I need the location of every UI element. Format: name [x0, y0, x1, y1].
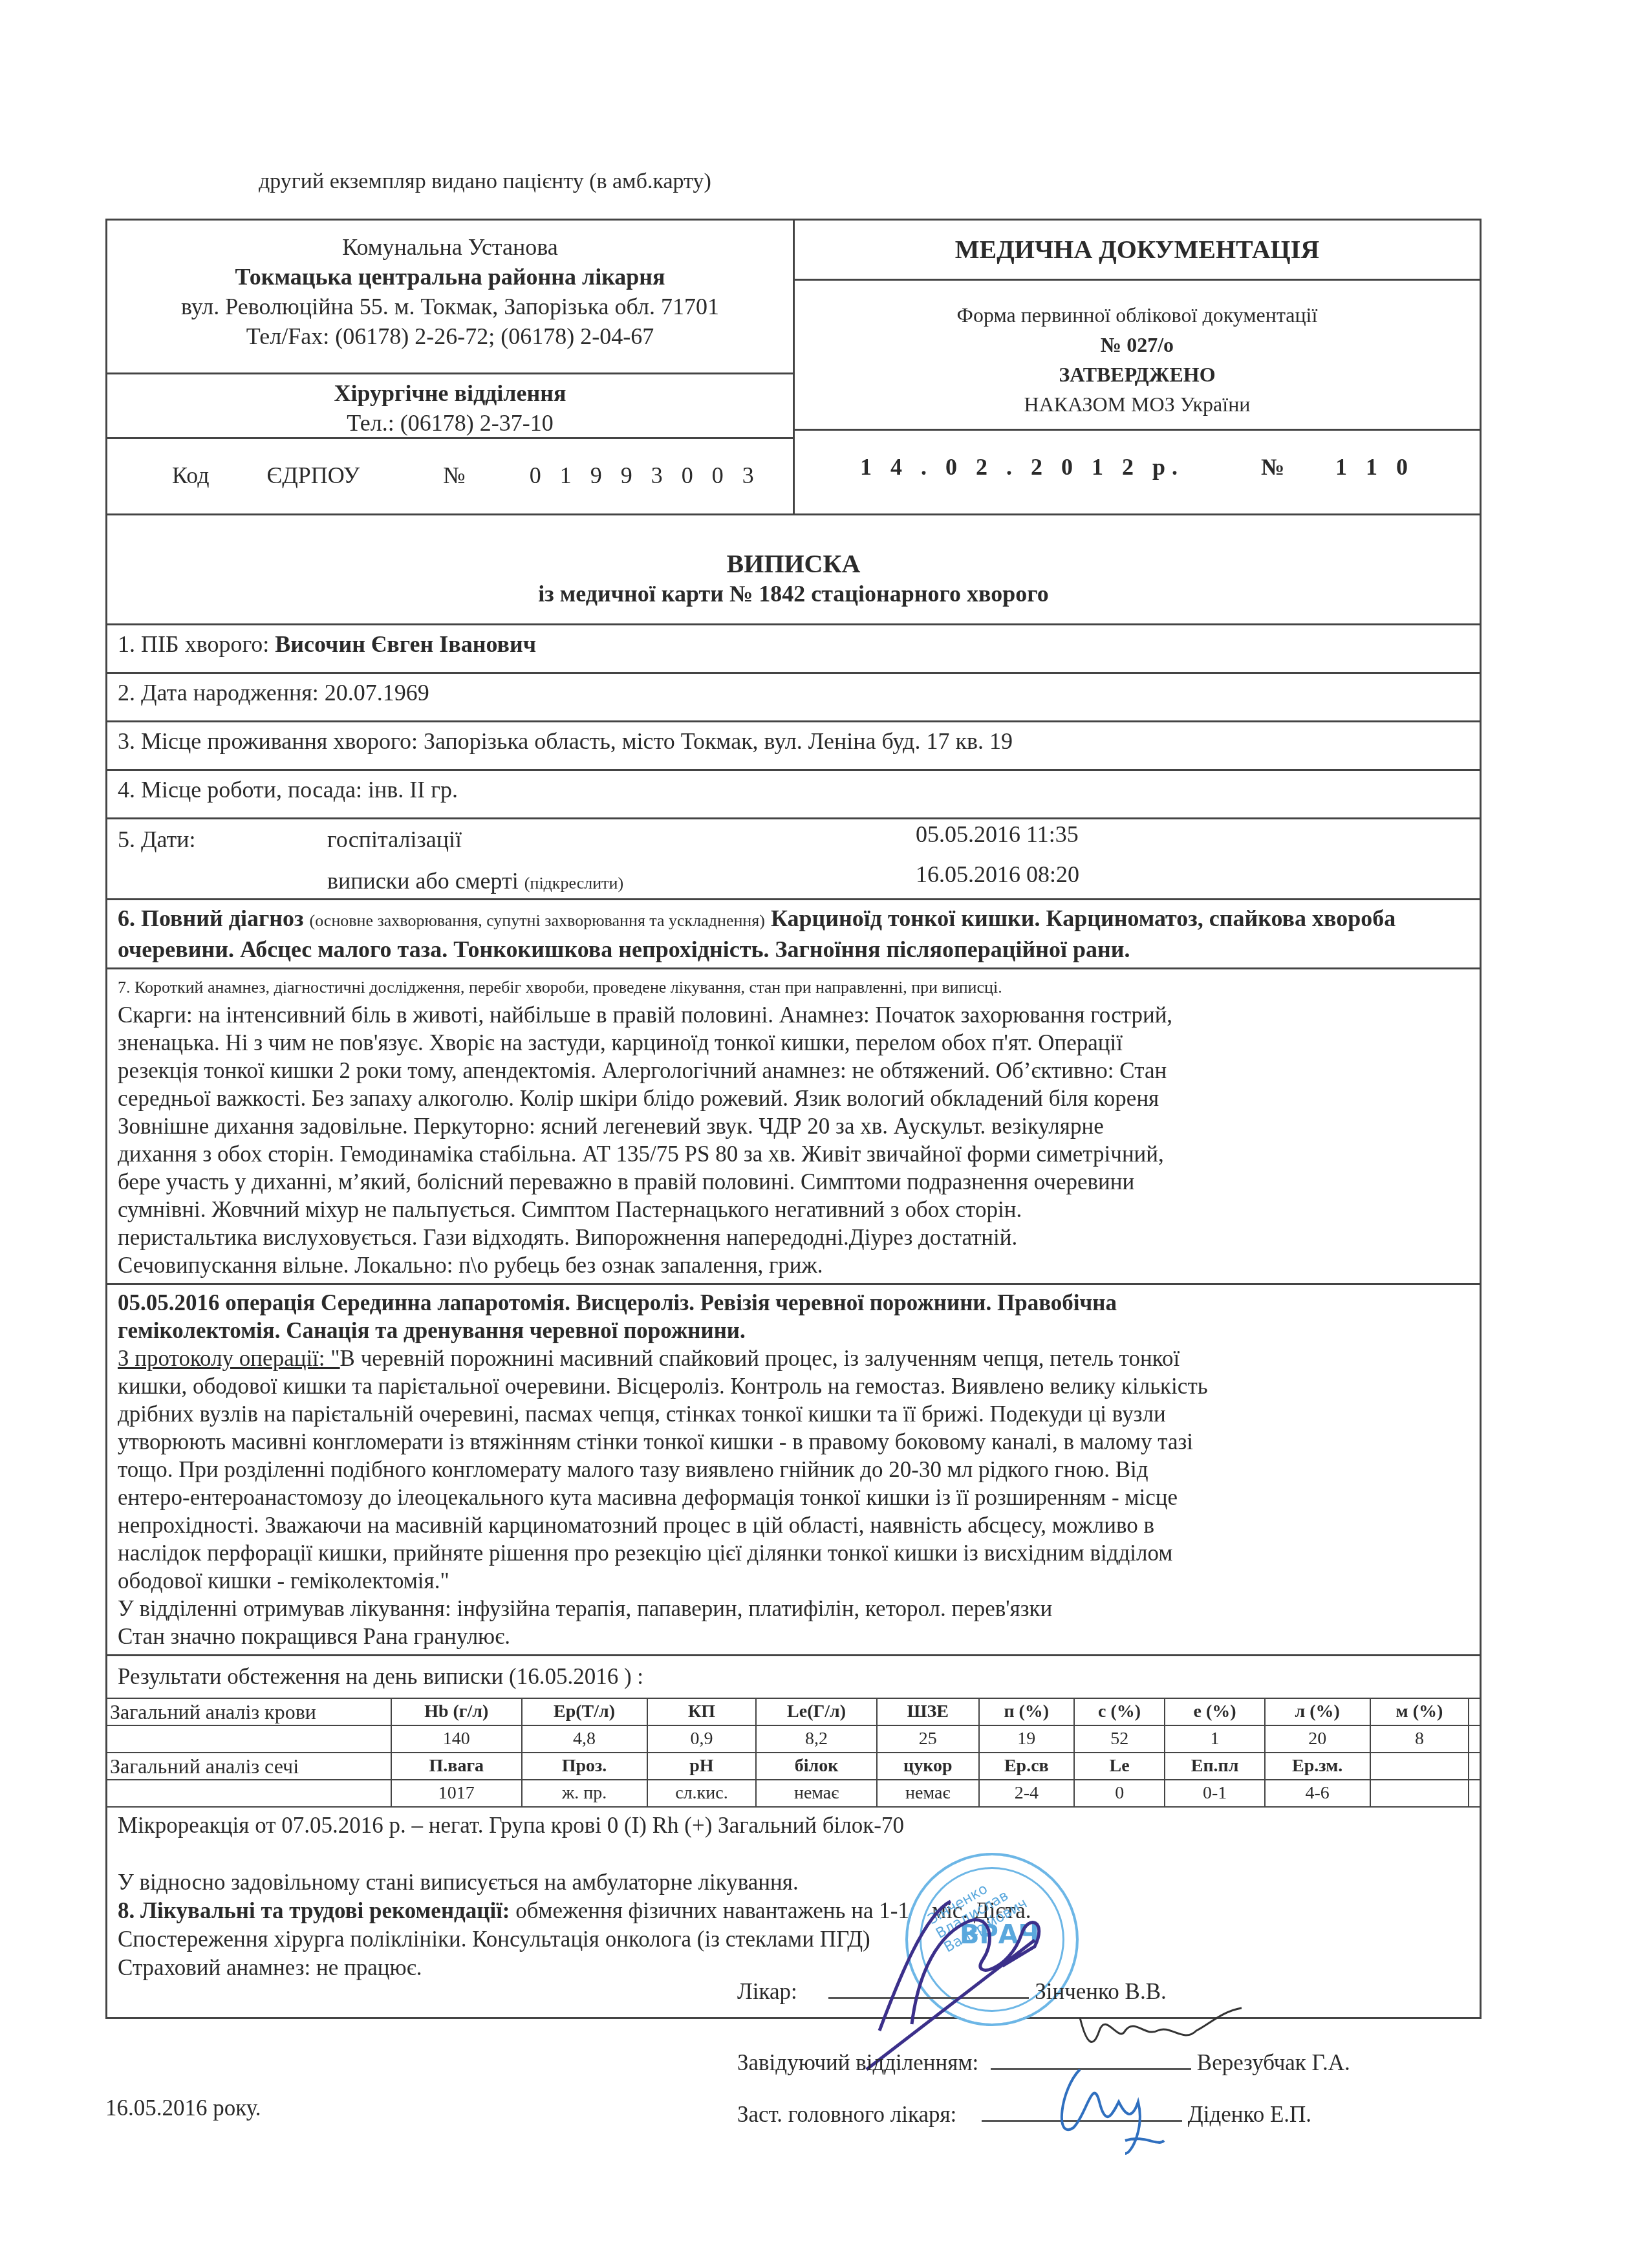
table-cell: 25 — [877, 1725, 979, 1753]
table-header: п (%) — [979, 1698, 1074, 1725]
edrpou-code: Код ЄДРПОУ № 0 1 9 9 3 0 0 3 — [107, 439, 793, 512]
table-header: л (%) — [1265, 1698, 1370, 1725]
table-cell: 20 — [1265, 1725, 1370, 1753]
anamnesis-line: резекція тонкої кишки 2 роки тому, апенд… — [118, 1057, 1469, 1085]
table-cell: 52 — [1074, 1725, 1165, 1753]
deputy-label: Заст. головного лікаря: — [737, 2102, 956, 2127]
diagnosis-section: 6. Повний діагноз (основне захворювання,… — [107, 900, 1480, 969]
table-header: цукор — [877, 1753, 979, 1780]
discharge-status: У відносно задовільному стані виписуєтьс… — [118, 1868, 1469, 1897]
title-main: ВИПИСКА — [118, 549, 1469, 579]
table-cell — [107, 1780, 391, 1807]
table-cell: 4-6 — [1265, 1780, 1370, 1807]
table-cell: 1017 — [391, 1780, 522, 1807]
institution-type: Комунальна Установа — [107, 232, 793, 262]
insurance-history: Страховий анамнез: не працює. — [118, 1954, 1469, 1982]
anamnesis-line: середньої важкості. Без запаху алкоголю.… — [118, 1085, 1469, 1112]
table-cell: немає — [877, 1780, 979, 1807]
institution-name: Токмацька центральна районна лікарня — [107, 262, 793, 292]
field-patient-name: 1. ПІБ хворого: Височин Євген Іванович — [107, 625, 1480, 674]
table-header: с (%) — [1074, 1698, 1165, 1725]
form-line: Форма первинної облікової документації — [795, 300, 1480, 330]
institution-phones: Тел/Fax: (06178) 2-26-72; (06178) 2-04-6… — [107, 321, 793, 351]
blood-label: Загальний аналіз крови — [107, 1698, 391, 1725]
institution-info: Комунальна Установа Токмацька центральна… — [107, 221, 793, 374]
table-header: Ер.св — [979, 1753, 1074, 1780]
order-no-label: № — [1261, 454, 1284, 480]
blood-header-row: Загальний аналіз крови Hb (г/л) Ep(Т/л) … — [107, 1698, 1480, 1725]
dates-label: 5. Дати: — [118, 825, 196, 854]
table-cell — [1370, 1780, 1469, 1807]
table-cell: 8 — [1370, 1725, 1469, 1753]
table-cell: 4,8 — [522, 1725, 647, 1753]
urine-header-row: Загальний аналіз сечі П.вага Проз. рН бі… — [107, 1753, 1480, 1780]
protocol-text: В черевній порожнині масивний спайковий … — [340, 1346, 1180, 1371]
edrpou-label: ЄДРПОУ — [267, 462, 360, 488]
copy-note: другий екземпляр видано пацієнту (в амб.… — [259, 169, 711, 194]
table-header: рН — [647, 1753, 757, 1780]
urine-label: Загальний аналіз сечі — [107, 1753, 391, 1780]
diagnosis-label: 6. Повний діагноз — [118, 905, 304, 931]
state-line: Стан значно покращився Рана гранулює. — [118, 1623, 1469, 1650]
table-cell: 19 — [979, 1725, 1074, 1753]
table-cell: 2-4 — [979, 1780, 1074, 1807]
anamnesis-line: Сечовипускання вільне. Локально: п\о руб… — [118, 1251, 1469, 1279]
admission-label: госпіталізації — [327, 825, 462, 854]
protocol-label: З протоколу операції: " — [118, 1346, 340, 1371]
document-title: ВИПИСКА із медичної карти № 1842 стаціон… — [107, 515, 1480, 625]
anamnesis-header: 7. Короткий анамнез, діагностичні дослід… — [118, 973, 1469, 1001]
anamnesis-line: зненацька. Ні з чим не пов'язує. Хворіє … — [118, 1029, 1469, 1057]
department-name: Хірургічне відділення — [107, 378, 793, 408]
table-header: е (%) — [1165, 1698, 1264, 1725]
anamnesis-line: Скарги: на інтенсивний біль в животі, на… — [118, 1001, 1469, 1029]
edrpou-value: 0 1 9 9 3 0 0 3 — [530, 462, 760, 488]
micro-reaction: Мікрореакція от 07.05.2016 р. – негат. Г… — [118, 1811, 1469, 1840]
table-cell: 1 — [1165, 1725, 1264, 1753]
blood-values-row: 140 4,8 0,9 8,2 25 19 52 1 20 8 — [107, 1725, 1480, 1753]
table-header: П.вага — [391, 1753, 522, 1780]
number-label: № — [443, 462, 465, 488]
order-label: НАКАЗОМ МОЗ України — [795, 389, 1480, 419]
operation-section: 05.05.2016 операція Серединна лапаротомі… — [107, 1285, 1480, 1656]
table-cell: сл.кис. — [647, 1780, 757, 1807]
diagnosis-hint: (основне захворювання, супутні захворюва… — [310, 911, 765, 930]
table-header: КП — [647, 1698, 757, 1725]
recommendations-line2: Спостереження хірурга поліклініки. Консу… — [118, 1925, 1469, 1954]
table-cell — [1469, 1725, 1480, 1753]
table-cell: 0,9 — [647, 1725, 757, 1753]
protocol-line: ентеро-ентероанастомозу до ілеоцекальног… — [118, 1484, 1469, 1511]
protocol-line: наслідок перфорації кишки, прийняте ріше… — [118, 1539, 1469, 1567]
department-phone: Тел.: (06178) 2-37-10 — [107, 408, 793, 438]
discharge-form: Комунальна Установа Токмацька центральна… — [105, 219, 1482, 2019]
protocol-line: дрібних вузлів на парієтальній очеревині… — [118, 1400, 1469, 1428]
name-value: Височин Євген Іванович — [275, 631, 536, 657]
field-work: 4. Місце роботи, посада: інв. ІІ гр. — [107, 771, 1480, 819]
protocol-line: утворюють масивні конгломерати із втяжін… — [118, 1428, 1469, 1456]
table-header — [1370, 1753, 1469, 1780]
table-cell: 140 — [391, 1725, 522, 1753]
table-cell — [1469, 1780, 1480, 1807]
signature-date: 16.05.2016 року. — [105, 2095, 261, 2121]
order-date: 1 4 . 0 2 . 2 0 1 2 р. — [860, 454, 1184, 480]
field-residence: 3. Місце проживання хворого: Запорізька … — [107, 722, 1480, 771]
code-label: Код — [172, 462, 210, 488]
doctor-signature-icon — [841, 1863, 1073, 2082]
results-section: Результати обстеження на день виписки (1… — [107, 1656, 1480, 2017]
table-header: Le(Г/л) — [756, 1698, 877, 1725]
discharge-value: 16.05.2016 08:20 — [916, 859, 1079, 889]
table-header: Ер.зм. — [1265, 1753, 1370, 1780]
signature-deputy: Заст. головного лікаря: Діденко Е.П. — [737, 2102, 1311, 2128]
protocol-line: кишки, ободової кишки та парієтальної оч… — [118, 1372, 1469, 1400]
recommendations: 8. Лікувальні та трудові рекомендації: о… — [118, 1897, 1469, 1925]
deputy-name: Діденко Е.П. — [1188, 2102, 1311, 2127]
name-label: 1. ПІБ хворого: — [118, 631, 269, 657]
table-header — [1469, 1753, 1480, 1780]
anamnesis-line: Зовнішне дихання задовільне. Перкуторно:… — [118, 1112, 1469, 1140]
protocol-line: З протоколу операції: "В черевній порожн… — [118, 1345, 1469, 1372]
anamnesis-line: перистальтика вислуховується. Гази відхо… — [118, 1224, 1469, 1251]
table-cell: немає — [756, 1780, 877, 1807]
anamnesis-section: 7. Короткий анамнез, діагностичні дослід… — [107, 969, 1480, 1285]
anamnesis-line: бере участь у диханні, м’який, болісний … — [118, 1168, 1469, 1196]
table-header: Ep(Т/л) — [522, 1698, 647, 1725]
form-header: Комунальна Установа Токмацька центральна… — [107, 221, 1480, 515]
table-cell: ж. пр. — [522, 1780, 647, 1807]
institution-address: вул. Революційна 55. м. Токмак, Запорізь… — [107, 292, 793, 321]
operation-title-line: геміколектомія. Санація та дренування че… — [118, 1317, 1469, 1345]
results-title: Результати обстеження на день виписки (1… — [107, 1656, 1480, 1698]
recommendations-label: 8. Лікувальні та трудові рекомендації: — [118, 1898, 510, 1923]
discharge-label: виписки або смерті (підкреслити) — [327, 866, 623, 898]
discharge-label-text: виписки або смерті — [327, 868, 519, 894]
protocol-line: ободової кишки - геміколектомія." — [118, 1567, 1469, 1595]
field-dates: 5. Дати: госпіталізації 05.05.2016 11:35… — [107, 819, 1480, 900]
admission-value: 05.05.2016 11:35 — [916, 819, 1079, 849]
doctor-label: Лікар: — [737, 1979, 797, 2004]
table-cell — [107, 1725, 391, 1753]
table-cell: 0-1 — [1165, 1780, 1264, 1807]
table-cell: 8,2 — [756, 1725, 877, 1753]
protocol-line: непрохідності. Зважаючи на масивній карц… — [118, 1511, 1469, 1539]
head-label: Завідуючий відділенням: — [737, 2050, 978, 2075]
anamnesis-line: сумнівні. Жовчний міхур не пальпується. … — [118, 1196, 1469, 1224]
signature-head: Завідуючий відділенням: Верезубчак Г.А. — [737, 2050, 1350, 2076]
department-info: Хірургічне відділення Тел.: (06178) 2-37… — [107, 374, 793, 439]
order-no: 1 1 0 — [1335, 454, 1414, 480]
treatment-line: У відділенні отримував лікування: інфузі… — [118, 1595, 1469, 1623]
title-sub: із медичної карти № 1842 стаціонарного х… — [118, 579, 1469, 609]
protocol-line: тощо. При розділенні подібного конгломер… — [118, 1456, 1469, 1484]
table-header: ШЗЕ — [877, 1698, 979, 1725]
approved-label: ЗАТВЕРДЖЕНО — [795, 360, 1480, 389]
institution-block: Комунальна Установа Токмацька центральна… — [107, 221, 795, 513]
table-header: Проз. — [522, 1753, 647, 1780]
form-info: Форма первинної облікової документації №… — [795, 281, 1480, 431]
lab-results-table: Загальний аналіз крови Hb (г/л) Ep(Т/л) … — [107, 1698, 1480, 1808]
table-cell: 0 — [1074, 1780, 1165, 1807]
deputy-signature-icon — [1048, 2063, 1190, 2160]
anamnesis-line: дихання з обох сторін. Гемодинаміка стаб… — [118, 1140, 1469, 1168]
discharge-hint: (підкреслити) — [524, 874, 623, 892]
documentation-block: МЕДИЧНА ДОКУМЕНТАЦІЯ Форма первинної обл… — [795, 221, 1480, 513]
order-details: 1 4 . 0 2 . 2 0 1 2 р. № 1 1 0 — [795, 431, 1480, 513]
table-header: м (%) — [1370, 1698, 1469, 1725]
form-number: № 027/о — [795, 330, 1480, 360]
operation-title-line: 05.05.2016 операція Серединна лапаротомі… — [118, 1289, 1469, 1317]
table-header: Hb (г/л) — [391, 1698, 522, 1725]
table-header: Le — [1074, 1753, 1165, 1780]
table-header: білок — [756, 1753, 877, 1780]
field-dob: 2. Дата народження: 20.07.1969 — [107, 674, 1480, 722]
doc-title: МЕДИЧНА ДОКУМЕНТАЦІЯ — [795, 221, 1480, 281]
urine-values-row: 1017 ж. пр. сл.кис. немає немає 2-4 0 0-… — [107, 1780, 1480, 1807]
table-header — [1469, 1698, 1480, 1725]
table-header: Еп.пл — [1165, 1753, 1264, 1780]
